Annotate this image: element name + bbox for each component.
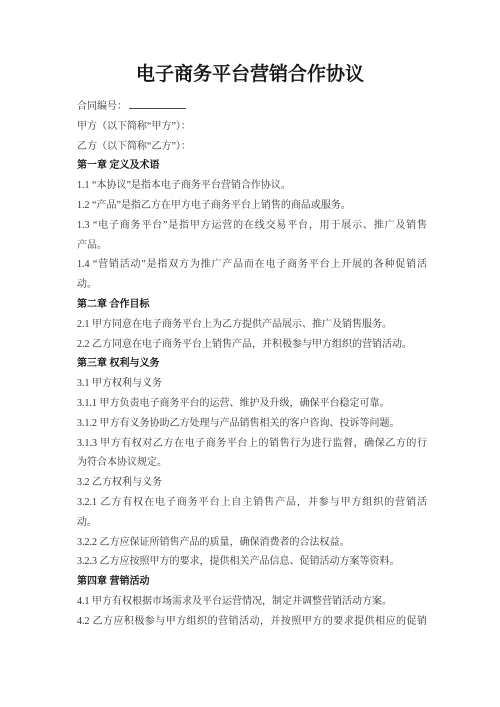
- chapter-heading: 第二章 合作目标: [77, 295, 427, 315]
- meta-line: 合同编号：: [77, 97, 427, 117]
- clause-line: 3.1.1 甲方负责电子商务平台的运营、维护及升级，确保平台稳定可靠。: [77, 394, 427, 414]
- document-page: 电子商务平台营销合作协议 合同编号：甲方（以下简称“甲方”）：乙方（以下简称“乙…: [0, 0, 500, 707]
- clause-line: 动。: [77, 513, 427, 533]
- clause-line: 1.4 “营销活动”是指双方为推广产品而在电子商务平台上开展的各种促销活: [77, 255, 427, 275]
- clause-line: 3.1.3 甲方有权对乙方在电子商务平台上的销售行为进行监督，确保乙方的行: [77, 434, 427, 454]
- clause-line: 动。: [77, 275, 427, 295]
- clause-line: 3.1 甲方权利与义务: [77, 374, 427, 394]
- meta-line: 乙方（以下简称“乙方”）：: [77, 137, 427, 157]
- clause-line: 为符合本协议规定。: [77, 453, 427, 473]
- clause-line: 4.1 甲方有权根据市场需求及平台运营情况，制定并调整营销活动方案。: [77, 592, 427, 612]
- contract-number-blank: [129, 98, 186, 109]
- clause-line: 产品。: [77, 236, 427, 256]
- clause-line: 2.1 甲方同意在电子商务平台上为乙方提供产品展示、推广及销售服务。: [77, 315, 427, 335]
- clause-line: 1.2 “产品”是指乙方在甲方电子商务平台上销售的商品或服务。: [77, 196, 427, 216]
- clause-line: 3.2.2 乙方应保证所销售产品的质量，确保消费者的合法权益。: [77, 533, 427, 553]
- meta-line: 甲方（以下简称“甲方”）：: [77, 117, 427, 137]
- chapter-heading: 第一章 定义及术语: [77, 156, 427, 176]
- document-title: 电子商务平台营销合作协议: [0, 0, 500, 88]
- clause-line: 3.2.3 乙方应按照甲方的要求，提供相关产品信息、促销活动方案等资料。: [77, 552, 427, 572]
- clause-line: 4.2 乙方应积极参与甲方组织的营销活动，并按照甲方的要求提供相应的促销: [77, 612, 427, 632]
- clause-line: 3.1.2 甲方有义务协助乙方处理与产品销售相关的客户咨询、投诉等问题。: [77, 414, 427, 434]
- chapter-heading: 第三章 权利与义务: [77, 354, 427, 374]
- clause-line: 2.2 乙方同意在电子商务平台上销售产品，并积极参与甲方组织的营销活动。: [77, 335, 427, 355]
- clause-line: 1.1 “本协议”是指本电子商务平台营销合作协议。: [77, 176, 427, 196]
- clause-line: 3.2.1 乙方有权在电子商务平台上自主销售产品，并参与甲方组织的营销活: [77, 493, 427, 513]
- chapter-heading: 第四章 营销活动: [77, 572, 427, 592]
- document-body: 合同编号：甲方（以下简称“甲方”）：乙方（以下简称“乙方”）：第一章 定义及术语…: [77, 97, 427, 632]
- clause-line: 1.3 “电子商务平台”是指甲方运营的在线交易平台，用于展示、推广及销售: [77, 216, 427, 236]
- clause-line: 3.2 乙方权利与义务: [77, 473, 427, 493]
